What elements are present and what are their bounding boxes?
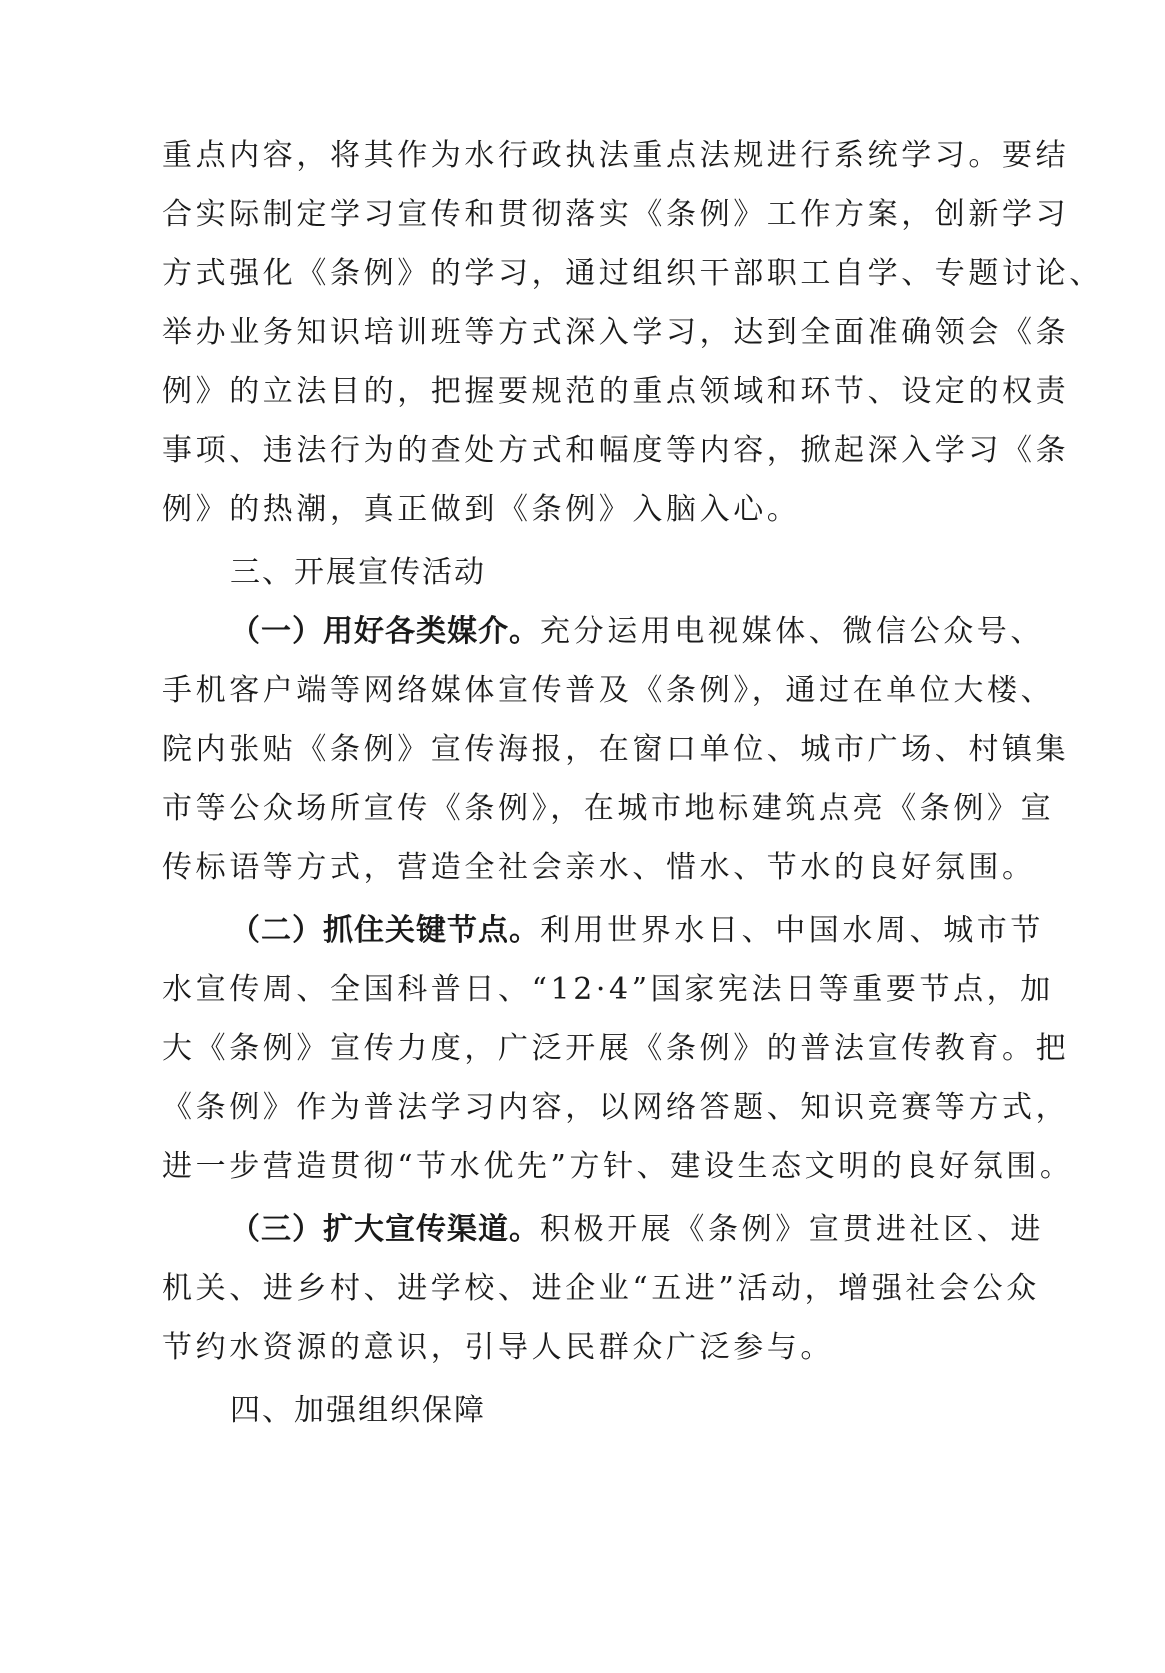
item-text: 充分运用电视媒体、微信公众号、 [540, 602, 1044, 661]
text-line: 院内张贴《条例》宣传海报，在窗口单位、城市广场、村镇集 [162, 720, 1024, 779]
text-line: 重点内容，将其作为水行政执法重点法规进行系统学习。要结 [162, 126, 1024, 185]
section-3-item-1: （一）用好各类媒介。充分运用电视媒体、微信公众号、 手机客户端等网络媒体宣传普及… [162, 602, 1024, 897]
section-3-item-3: （三）扩大宣传渠道。积极开展《条例》宣贯进社区、进 机关、进乡村、进学校、进企业… [162, 1200, 1024, 1377]
text-line: 机关、进乡村、进学校、进企业“五进”活动，增强社会公众 [162, 1259, 1024, 1318]
section-heading-4: 四、加强组织保障 [162, 1381, 1024, 1440]
text-line: 例》的立法目的，把握要规范的重点领域和环节、设定的权责 [162, 362, 1024, 421]
section-heading-3: 三、开展宣传活动 [162, 543, 1024, 602]
text-line: 传标语等方式，营造全社会亲水、惜水、节水的良好氛围。 [162, 838, 1024, 897]
text-line: 大《条例》宣传力度，广泛开展《条例》的普法宣传教育。把 [162, 1019, 1024, 1078]
item-text: 积极开展《条例》宣贯进社区、进 [540, 1200, 1044, 1259]
text-line: 节约水资源的意识，引导人民群众广泛参与。 [162, 1318, 1024, 1377]
section-3-item-2: （二）抓住关键节点。利用世界水日、中国水周、城市节 水宣传周、全国科普日、“12… [162, 901, 1024, 1196]
item-title: （二）抓住关键节点。 [230, 901, 540, 960]
text-line: 例》的热潮，真正做到《条例》入脑入心。 [162, 480, 1024, 539]
text-line: 举办业务知识培训班等方式深入学习，达到全面准确领会《条 [162, 303, 1024, 362]
paragraph-continuation: 重点内容，将其作为水行政执法重点法规进行系统学习。要结 合实际制定学习宣传和贯彻… [162, 126, 1024, 539]
item-first-line: （二）抓住关键节点。利用世界水日、中国水周、城市节 [162, 901, 1024, 960]
text-line: 事项、违法行为的查处方式和幅度等内容，掀起深入学习《条 [162, 421, 1024, 480]
text-line: 《条例》作为普法学习内容，以网络答题、知识竞赛等方式， [162, 1078, 1024, 1137]
document-page: 重点内容，将其作为水行政执法重点法规进行系统学习。要结 合实际制定学习宣传和贯彻… [162, 126, 1024, 1440]
item-first-line: （一）用好各类媒介。充分运用电视媒体、微信公众号、 [162, 602, 1024, 661]
item-title: （三）扩大宣传渠道。 [230, 1200, 540, 1259]
text-line: 水宣传周、全国科普日、“12·4”国家宪法日等重要节点，加 [162, 960, 1024, 1019]
item-title: （一）用好各类媒介。 [230, 602, 540, 661]
item-text: 利用世界水日、中国水周、城市节 [540, 901, 1044, 960]
text-line: 手机客户端等网络媒体宣传普及《条例》，通过在单位大楼、 [162, 661, 1024, 720]
text-line: 市等公众场所宣传《条例》，在城市地标建筑点亮《条例》宣 [162, 779, 1024, 838]
text-line: 合实际制定学习宣传和贯彻落实《条例》工作方案，创新学习 [162, 185, 1024, 244]
item-first-line: （三）扩大宣传渠道。积极开展《条例》宣贯进社区、进 [162, 1200, 1024, 1259]
text-line: 进一步营造贯彻“节水优先”方针、建设生态文明的良好氛围。 [162, 1137, 1024, 1196]
text-line: 方式强化《条例》的学习，通过组织干部职工自学、专题讨论、 [162, 244, 1024, 303]
